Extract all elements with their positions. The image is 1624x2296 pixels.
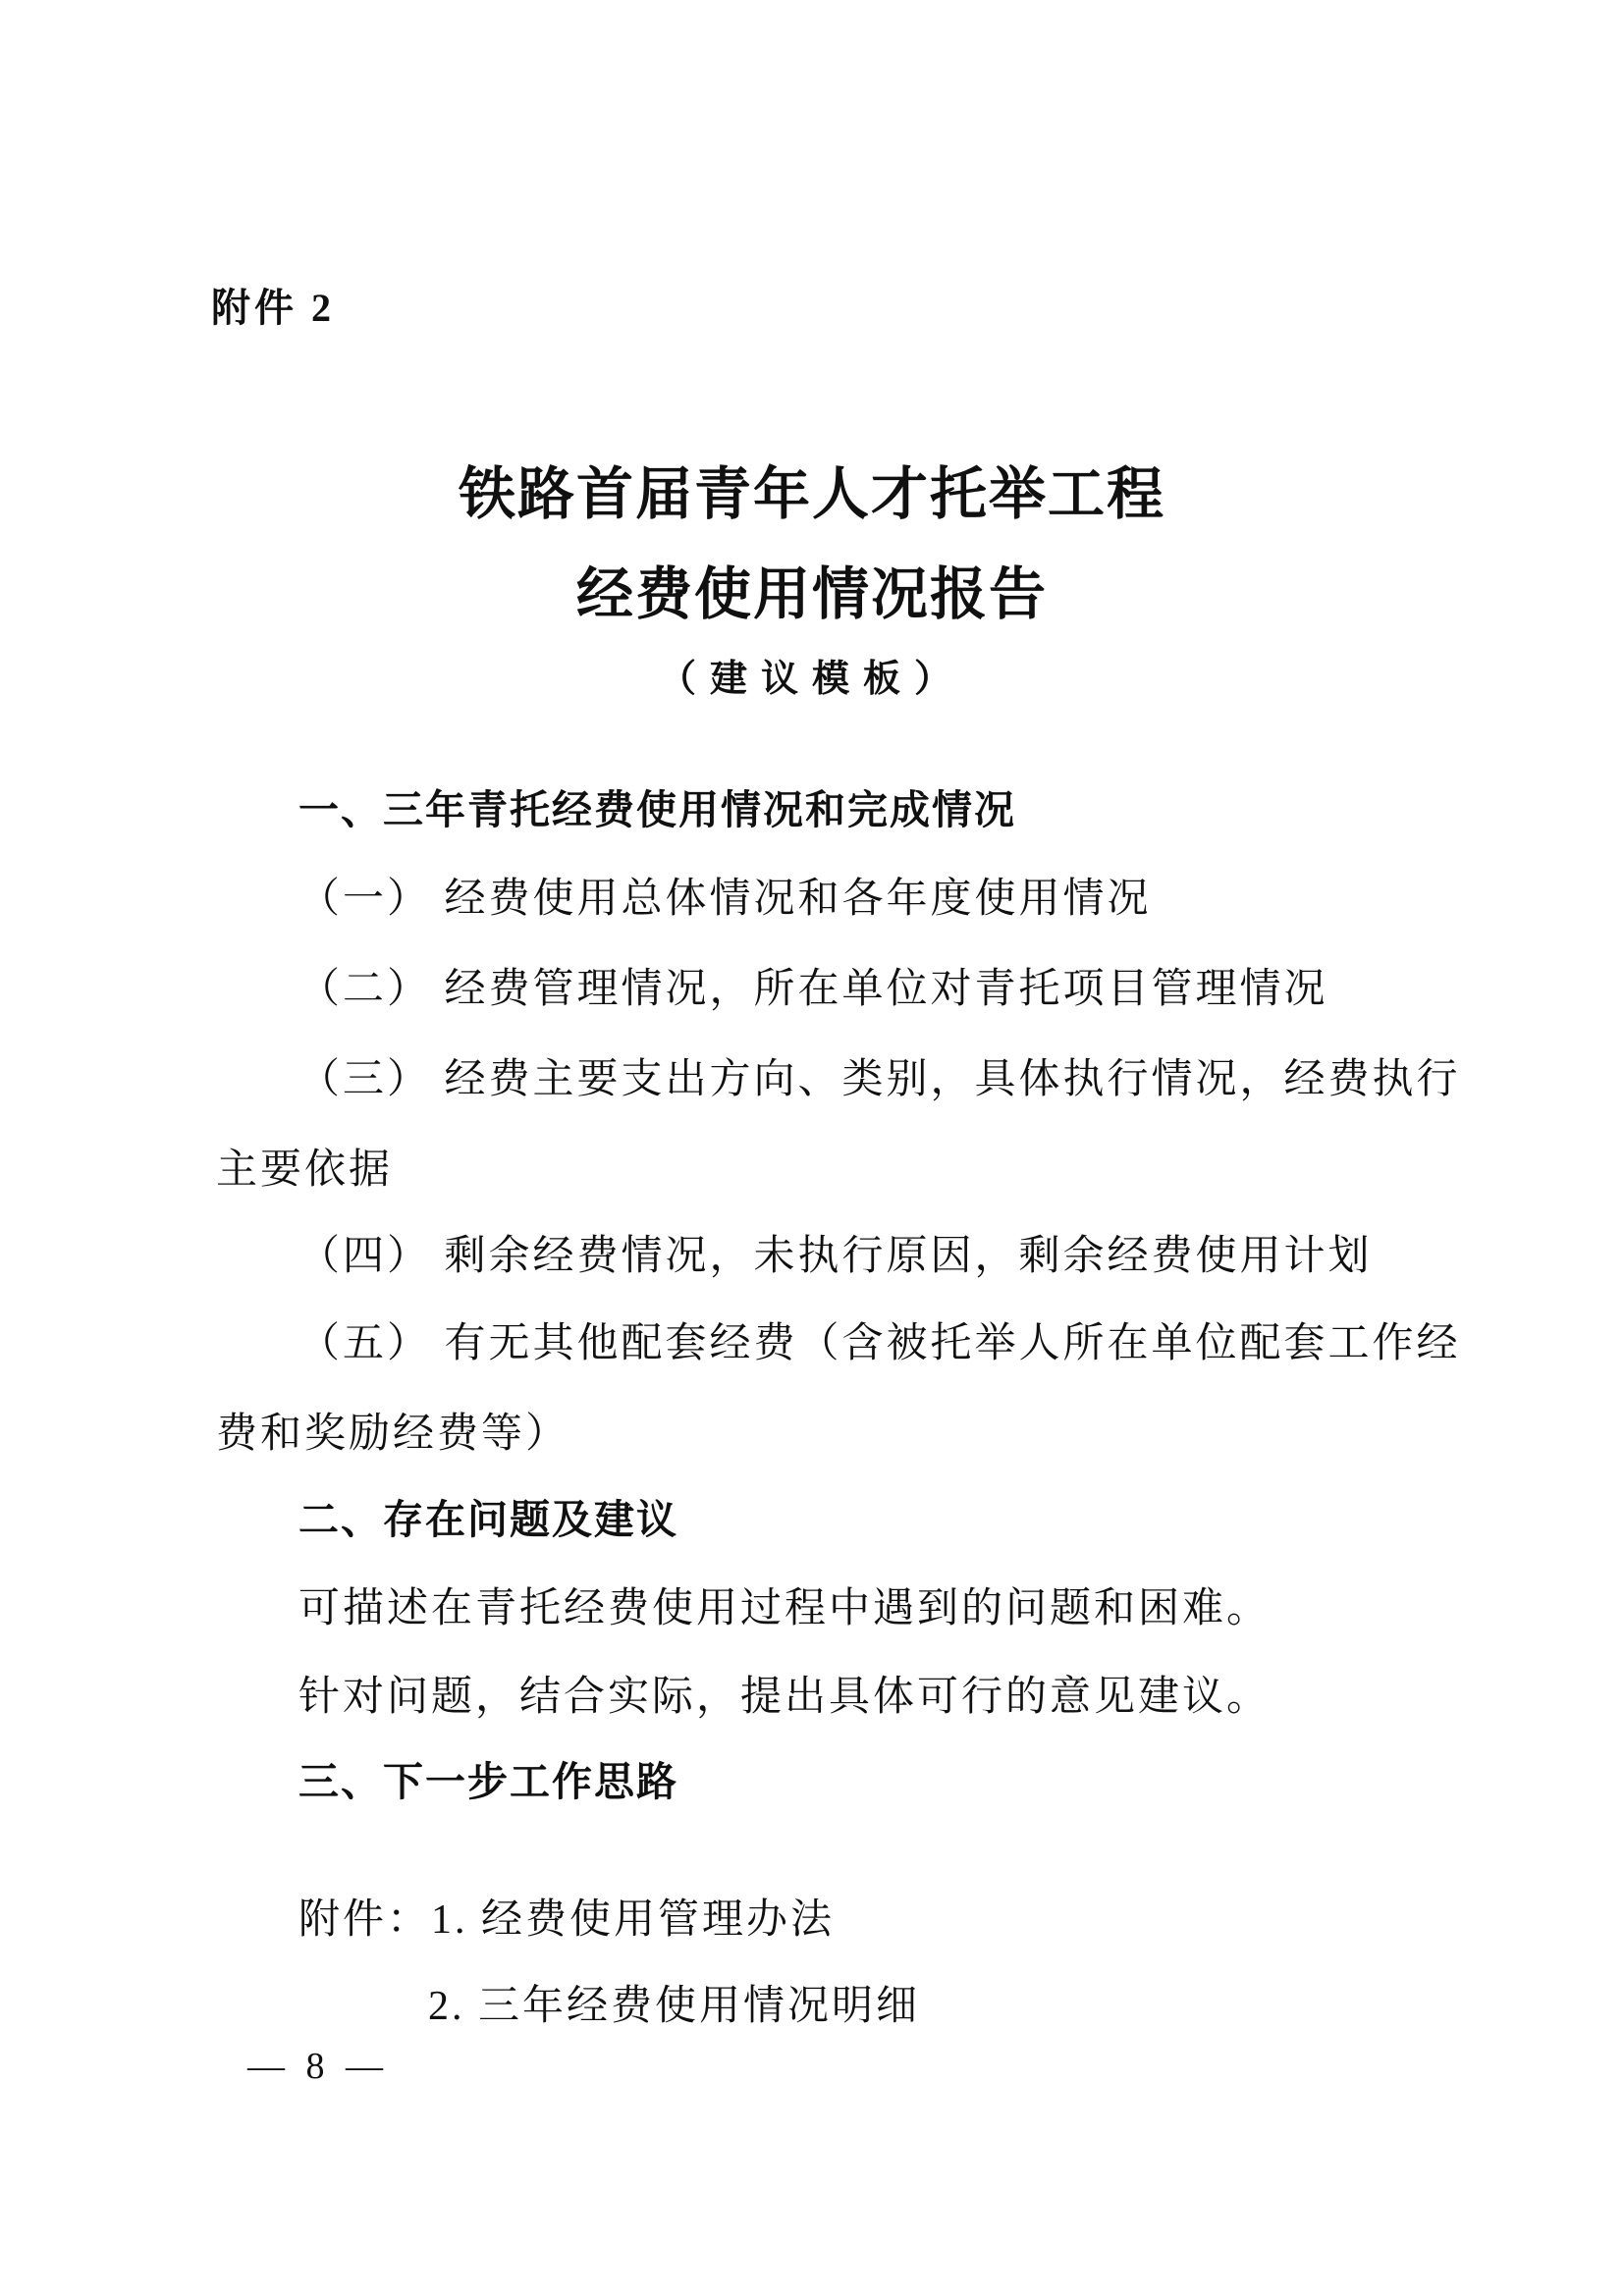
document-subtitle: （建议模板） <box>0 648 1624 702</box>
section1-item3-line2: 主要依据 <box>216 1137 393 1196</box>
section1-item5-line1: （五） 有无其他配套经费（含被托举人所在单位配套工作经 <box>298 1310 1461 1369</box>
section1-heading: 一、三年青托经费使用情况和完成情况 <box>298 777 1016 835</box>
document-title-line2: 经费使用情况报告 <box>0 548 1624 630</box>
attachments-line1: 附件：1. 经费使用管理办法 <box>298 1887 835 1946</box>
section2-paragraph1: 可描述在青托经费使用过程中遇到的问题和困难。 <box>298 1575 1271 1634</box>
section1-item4: （四） 剩余经费情况，未执行原因，剩余经费使用计划 <box>298 1223 1373 1282</box>
section1-item2: （二） 经费管理情况，所在单位对青托项目管理情况 <box>298 956 1328 1015</box>
document-title-line1: 铁路首届青年人才托举工程 <box>0 448 1624 530</box>
attachments-item2: 2. 三年经费使用情况明细 <box>428 1973 920 2032</box>
document-page: 附件 2 铁路首届青年人才托举工程 经费使用情况报告 （建议模板） 一、三年青托… <box>0 0 1624 2296</box>
attachments-label: 附件： <box>298 1897 431 1943</box>
attachment-number-label: 附件 2 <box>211 277 335 333</box>
section3-heading: 三、下一步工作思路 <box>298 1749 678 1807</box>
section2-paragraph2: 针对问题，结合实际，提出具体可行的意见建议。 <box>298 1664 1271 1723</box>
footer-page-number: — 8 — <box>247 2045 389 2088</box>
section1-item5-line2: 费和奖励经费等） <box>216 1401 569 1460</box>
section1-item1: （一） 经费使用总体情况和各年度使用情况 <box>298 866 1152 925</box>
attachments-item1: 1. 经费使用管理办法 <box>431 1897 835 1943</box>
section1-item3-line1: （三） 经费主要支出方向、类别，具体执行情况，经费执行 <box>298 1046 1461 1105</box>
section2-heading: 二、存在问题及建议 <box>298 1487 678 1545</box>
